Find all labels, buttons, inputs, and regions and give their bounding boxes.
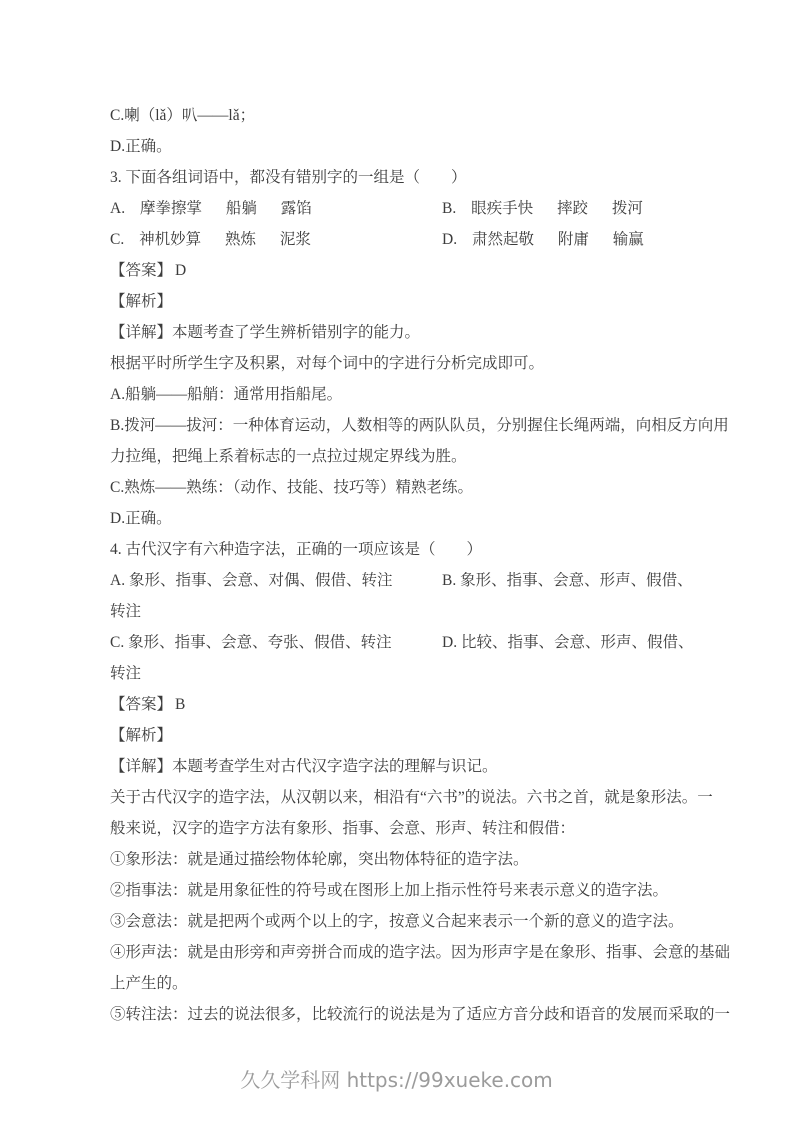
q4-option-d: D. 比较、指事、会意、形声、假借、 xyxy=(442,627,693,658)
q2-option-c-line: C.喇（lǎ）叭——lǎ； xyxy=(110,100,710,131)
answer-label: 【答案】 xyxy=(110,262,172,279)
q3-detail-line: 力拉绳，把绳上系着标志的一点拉过规定界线为胜。 xyxy=(110,441,710,472)
q3-detail-line: C.熟炼——熟练：（动作、技能、技巧等）精熟老练。 xyxy=(110,472,710,503)
q3-option-d: D. 肃然起敬 附庸 输赢 xyxy=(442,224,644,255)
q4-detail-line: 【详解】本题考查学生对古代汉字造字法的理解与识记。 xyxy=(110,751,710,782)
q4-detail-line: 关于古代汉字的造字法，从汉朝以来，相沿有“六书”的说法。六书之首，就是象形法。一 xyxy=(110,782,710,813)
option-word: 附庸 xyxy=(558,231,589,248)
q4-stem: 4. 古代汉字有六种造字法，正确的一项应该是（ ） xyxy=(110,534,710,565)
option-word: 拨河 xyxy=(612,200,643,217)
q4-detail-line: 上产生的。 xyxy=(110,968,710,999)
q4-option-b: B. 象形、指事、会意、形声、假借、 xyxy=(442,565,693,596)
option-word: 神机妙算 xyxy=(139,231,201,248)
q3-detail-line: B.拨河——拔河：一种体育运动，人数相等的两队队员，分别握住长绳两端，向相反方向… xyxy=(110,410,710,441)
watermark-footer: 久久学科网 https://99xueke.com xyxy=(0,1066,793,1094)
option-word: 熟炼 xyxy=(225,231,256,248)
q3-answer-line: 【答案】D xyxy=(110,255,710,286)
q4-options-row-cd: C. 象形、指事、会意、夸张、假借、转注 D. 比较、指事、会意、形声、假借、 xyxy=(110,627,710,658)
q4-option-c: C. 象形、指事、会意、夸张、假借、转注 xyxy=(110,634,392,651)
q4-options-row-ab: A. 象形、指事、会意、对偶、假借、转注 B. 象形、指事、会意、形声、假借、 xyxy=(110,565,710,596)
q4-option-d-continuation: 转注 xyxy=(110,658,710,689)
q4-option-b-continuation: 转注 xyxy=(110,596,710,627)
q4-detail-line: ①象形法：就是通过描绘物体轮廓，突出物体特征的造字法。 xyxy=(110,844,710,875)
option-word: 露馅 xyxy=(281,200,312,217)
option-label: A. xyxy=(110,200,125,217)
q3-stem: 3. 下面各组词语中，都没有错别字的一组是（ ） xyxy=(110,162,710,193)
option-label: D. xyxy=(442,231,457,248)
option-word: 眼疾手快 xyxy=(471,200,533,217)
option-label: C. xyxy=(110,231,124,248)
option-word: 肃然起敬 xyxy=(472,231,534,248)
q3-options-row-cd: C. 神机妙算 熟炼 泥浆 D. 肃然起敬 附庸 输赢 xyxy=(110,224,710,255)
q4-detail-line: ③会意法：就是把两个或两个以上的字，按意义合起来表示一个新的意义的造字法。 xyxy=(110,906,710,937)
option-word: 摔跤 xyxy=(557,200,588,217)
q3-detail-line: 【详解】本题考查了学生辨析错别字的能力。 xyxy=(110,317,710,348)
q2-option-d-line: D.正确。 xyxy=(110,131,710,162)
q4-detail-line: ④形声法：就是由形旁和声旁拼合而成的造字法。因为形声字是在象形、指事、会意的基础 xyxy=(110,937,710,968)
option-word: 船躺 xyxy=(226,200,257,217)
watermark-text: 久久学科网 https://99xueke.com xyxy=(240,1068,553,1092)
q4-detail-line: ⑤转注法：过去的说法很多，比较流行的说法是为了适应方音分歧和语音的发展而采取的一 xyxy=(110,999,710,1030)
option-word: 摩拳擦掌 xyxy=(140,200,202,217)
q3-detail-line: 根据平时所学生字及积累，对每个词中的字进行分析完成即可。 xyxy=(110,348,710,379)
answer-value: D xyxy=(175,262,186,279)
q4-option-a: A. 象形、指事、会意、对偶、假借、转注 xyxy=(110,572,392,589)
q3-detail-line: D.正确。 xyxy=(110,503,710,534)
exam-answer-document: C.喇（lǎ）叭——lǎ； D.正确。 3. 下面各组词语中，都没有错别字的一组… xyxy=(110,100,710,1030)
q4-answer-line: 【答案】B xyxy=(110,689,710,720)
q4-detail-line: 般来说，汉字的造字方法有象形、指事、会意、形声、转注和假借： xyxy=(110,813,710,844)
q3-option-a: A. 摩拳擦掌 船躺 露馅 xyxy=(110,200,312,217)
q4-detail-line: ②指事法：就是用象征性的符号或在图形上加上指示性符号来表示意义的造字法。 xyxy=(110,875,710,906)
option-word: 泥浆 xyxy=(280,231,311,248)
q3-options-row-ab: A. 摩拳擦掌 船躺 露馅 B. 眼疾手快 摔跤 拨河 xyxy=(110,193,710,224)
option-word: 输赢 xyxy=(613,231,644,248)
q3-option-c: C. 神机妙算 熟炼 泥浆 xyxy=(110,231,311,248)
q3-analysis-line: 【解析】 xyxy=(110,286,710,317)
answer-value: B xyxy=(175,696,185,713)
q3-detail-line: A.船躺——船艄：通常用指船尾。 xyxy=(110,379,710,410)
answer-label: 【答案】 xyxy=(110,696,172,713)
q3-option-b: B. 眼疾手快 摔跤 拨河 xyxy=(442,193,643,224)
q4-analysis-line: 【解析】 xyxy=(110,720,710,751)
option-label: B. xyxy=(442,200,456,217)
